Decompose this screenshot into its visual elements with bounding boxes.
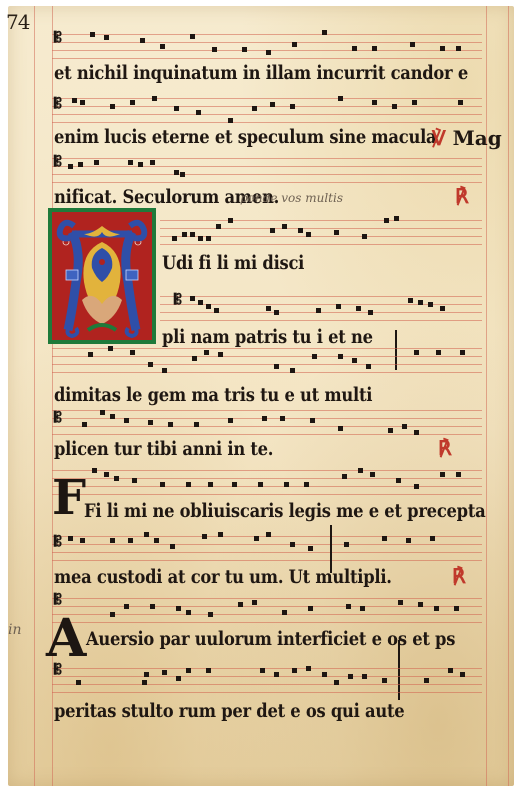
text-line-2: enim lucis eterne et speculum sine macul… — [54, 126, 424, 148]
versicle-mark-icon: ℣ — [432, 126, 446, 150]
c-clef-icon: 𝄡 — [54, 662, 62, 678]
penwork-initial-a: A — [46, 608, 86, 669]
text-line-1: et nichil inquinatum in illam incurrit c… — [54, 62, 424, 84]
text-line-4: Udi fi li mi disci — [162, 252, 530, 274]
c-clef-icon: 𝄡 — [54, 592, 62, 608]
response-rubric-1: ℟ — [455, 184, 469, 208]
folio-number: 74 — [6, 10, 29, 34]
text-line-7: plicen tur tibi anni in te. — [54, 438, 424, 460]
response-rubric-2: ℟ — [438, 436, 452, 460]
music-staff-5: 𝄡 — [160, 290, 482, 320]
music-staff-7: 𝄡 — [52, 404, 482, 438]
illuminated-initial — [48, 208, 156, 344]
text-line-9: mea custodi at cor tu um. Ut multipli. — [54, 566, 424, 588]
music-staff-8 — [52, 464, 482, 498]
music-staff-9: 𝄡 — [52, 532, 482, 566]
music-staff-2: 𝄡 — [52, 92, 482, 122]
music-staff-1: 𝄡 — [52, 30, 482, 60]
margin-ruling-right — [486, 6, 487, 786]
margin-note: in — [8, 622, 22, 638]
c-clef-icon: 𝄡 — [54, 96, 62, 112]
margin-ruling-outer-right — [508, 6, 509, 786]
versicle-mag-text: Mag — [453, 126, 502, 150]
illuminated-letter-a-icon — [52, 212, 152, 340]
text-line-8: Fi li mi ne obliuiscaris legis me e et p… — [84, 500, 454, 522]
c-clef-icon: 𝄡 — [174, 292, 182, 308]
text-line-4-words: Udi fi li mi disci — [162, 252, 304, 274]
c-clef-icon: 𝄡 — [54, 534, 62, 550]
c-clef-icon: 𝄡 — [54, 410, 62, 426]
music-staff-11: 𝄡 — [52, 662, 482, 696]
text-line-10: Auersio par uulorum interficiet e os et … — [86, 628, 456, 650]
c-clef-icon: 𝄡 — [54, 30, 62, 46]
music-staff-6 — [52, 344, 482, 378]
margin-ruling-left — [34, 6, 35, 786]
c-clef-icon: 𝄡 — [54, 154, 62, 170]
text-line-3: nificat. Seculorum amen. — [54, 186, 424, 208]
music-staff-4 — [160, 214, 482, 244]
marginal-gloss: ponde vos multis — [240, 191, 343, 205]
response-rubric-3: ℟ — [452, 564, 466, 588]
music-staff-3: 𝄡 — [52, 152, 482, 182]
versicle-rubric: ℣ Mag — [432, 126, 502, 150]
music-staff-10: 𝄡 — [52, 592, 482, 626]
text-line-11: peritas stulto rum per det e os qui aute — [54, 700, 424, 722]
text-line-6: dimitas le gem ma tris tu e ut multi — [54, 384, 424, 406]
penwork-initial-f: F — [52, 470, 86, 526]
text-line-2-words: enim lucis eterne et speculum sine macul… — [54, 126, 436, 148]
